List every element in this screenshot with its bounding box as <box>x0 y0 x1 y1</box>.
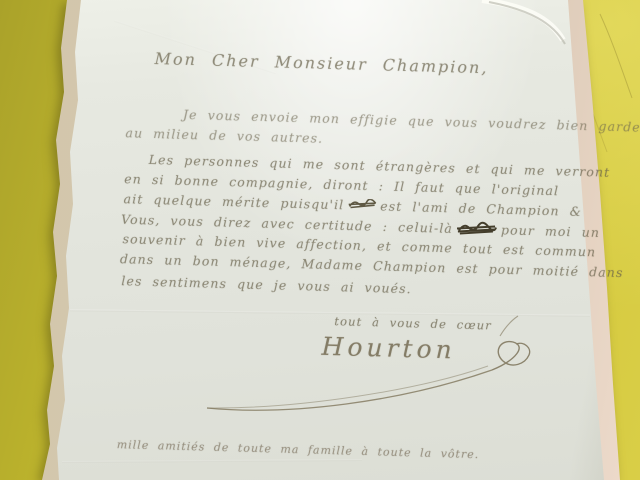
handwriting-line: au milieu de vos autres. <box>125 125 323 146</box>
handwriting-line: les sentimens que je vous ai voués. <box>121 273 412 296</box>
ink-scribble <box>348 198 376 214</box>
closing-line: tout à vous de cœur <box>334 314 492 332</box>
salutation-line: Mon Cher Monsieur Champion, <box>154 49 488 77</box>
ink-scribble <box>457 220 497 239</box>
handwriting-block: Mon Cher Monsieur Champion, Je vous envo… <box>108 44 600 477</box>
handwriting-text: est l'ami de Champion & <box>380 198 582 219</box>
handwriting-text: pour moi un <box>501 222 600 240</box>
letter-photograph: Mon Cher Monsieur Champion, Je vous envo… <box>0 0 640 480</box>
signature: Hourton <box>321 332 456 365</box>
postscript-line: mille amitiés de toute ma famille à tout… <box>117 438 480 461</box>
handwriting-text: ait quelque mérite puisqu'il <box>123 191 344 212</box>
